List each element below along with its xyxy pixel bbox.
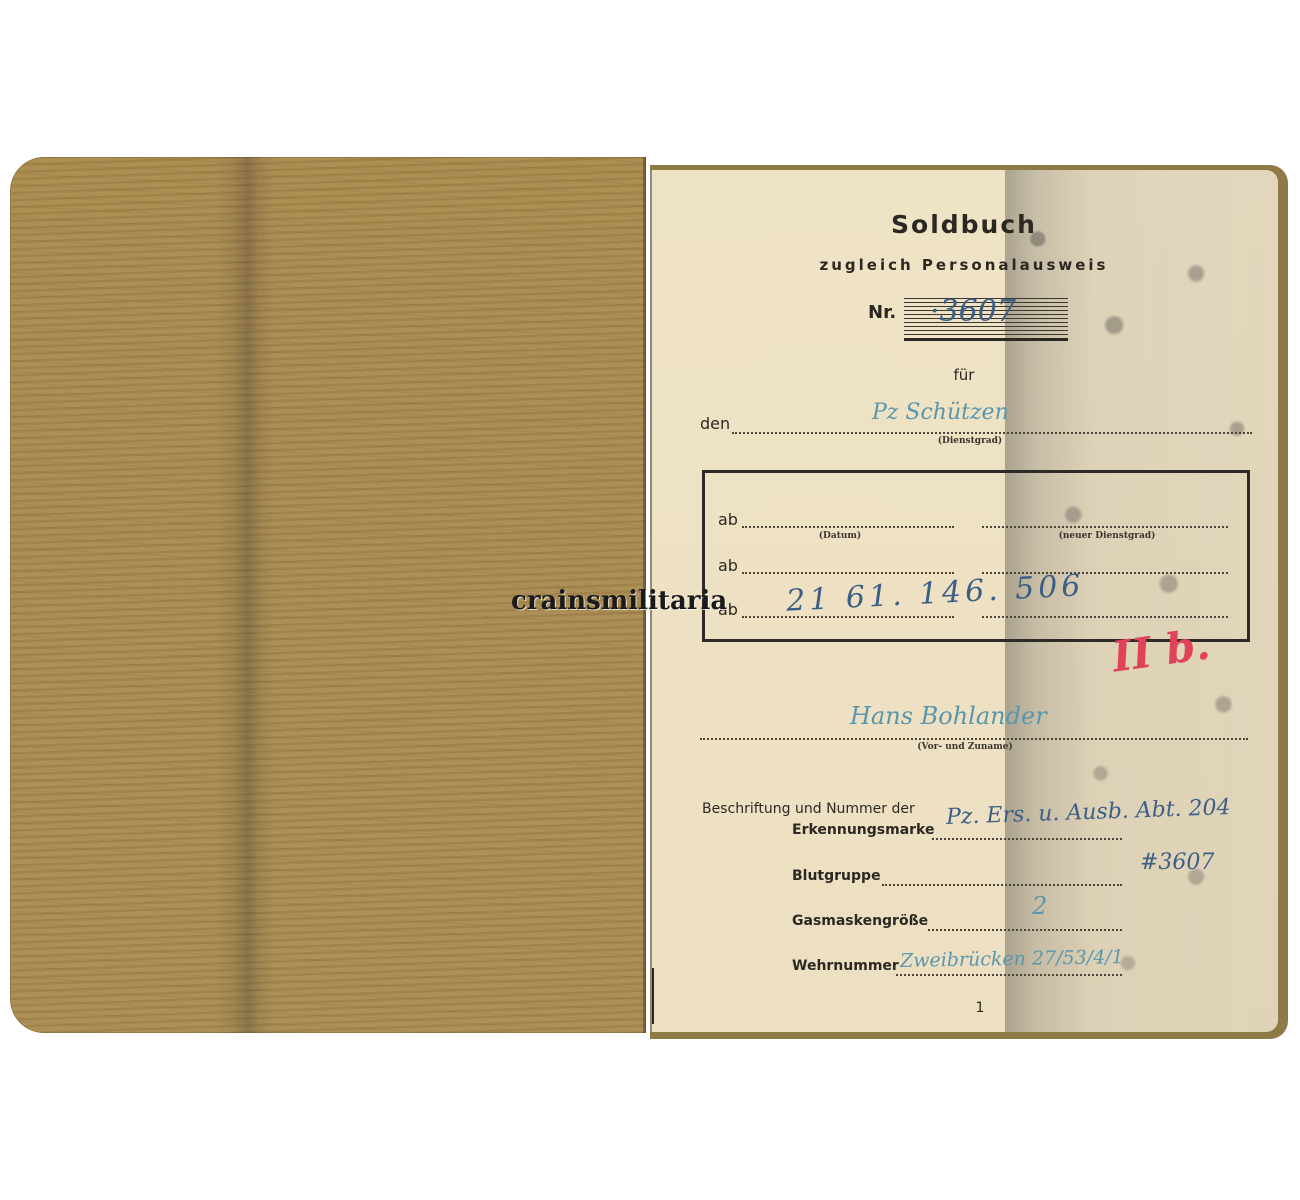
- watermark: crainsmilitaria: [511, 586, 727, 616]
- promotion-row-3-rank-line: [982, 616, 1228, 618]
- cover-fold-crease: [215, 157, 275, 1033]
- promotion-row-1-date-line: [742, 526, 954, 528]
- binding-stitch: [652, 968, 654, 1024]
- promotion-row-3-date-line: [742, 616, 954, 618]
- rank-row-line: [732, 432, 1252, 434]
- number-label: Nr.: [868, 302, 896, 323]
- gas-mask-size-label: Gasmaskengröße: [792, 913, 928, 929]
- document-title: Soldbuch: [650, 210, 1278, 239]
- promotion-row-2-date-line: [742, 572, 954, 574]
- tag-line: [932, 838, 1122, 840]
- promotion-row-2-label: ab: [718, 556, 738, 575]
- page-number: 1: [650, 1000, 1300, 1016]
- rank-caption: (Dienstgrad): [920, 436, 1020, 446]
- tag-label: Erkennungsmarke: [792, 822, 935, 838]
- blood-group-label: Blutgruppe: [792, 868, 881, 884]
- gas-mask-size-value: 2: [1032, 892, 1047, 920]
- military-number-value: Zweibrücken 27/53/4/1: [900, 946, 1124, 972]
- tag-number-value: #3607: [1140, 850, 1214, 875]
- new-rank-caption: (neuer Dienstgrad): [1042, 531, 1172, 541]
- date-caption: (Datum): [790, 531, 890, 541]
- name-caption: (Vor- und Zuname): [900, 742, 1030, 752]
- soldbuch-photo: Soldbuch zugleich Personalausweis Nr. ·3…: [0, 0, 1300, 1200]
- tag-label-line1: Beschriftung und Nummer der: [702, 801, 915, 817]
- promotion-row-1-rank-line: [982, 526, 1228, 528]
- rank-row-label: den: [700, 414, 730, 433]
- military-number-line: [896, 974, 1122, 976]
- name-line: [700, 738, 1248, 740]
- blood-group-line: [882, 884, 1122, 886]
- promotion-row-1-label: ab: [718, 510, 738, 529]
- rank-value: Pz Schützen: [872, 400, 1009, 425]
- document-subtitle: zugleich Personalausweis: [650, 256, 1278, 274]
- fuer-label: für: [650, 366, 1278, 384]
- military-number-label: Wehrnummer: [792, 958, 899, 974]
- number-value: ·3607: [930, 294, 1016, 329]
- gas-mask-size-line: [928, 929, 1122, 931]
- full-name-value: Hans Bohlander: [850, 702, 1047, 730]
- first-page: Soldbuch zugleich Personalausweis Nr. ·3…: [650, 170, 1278, 1032]
